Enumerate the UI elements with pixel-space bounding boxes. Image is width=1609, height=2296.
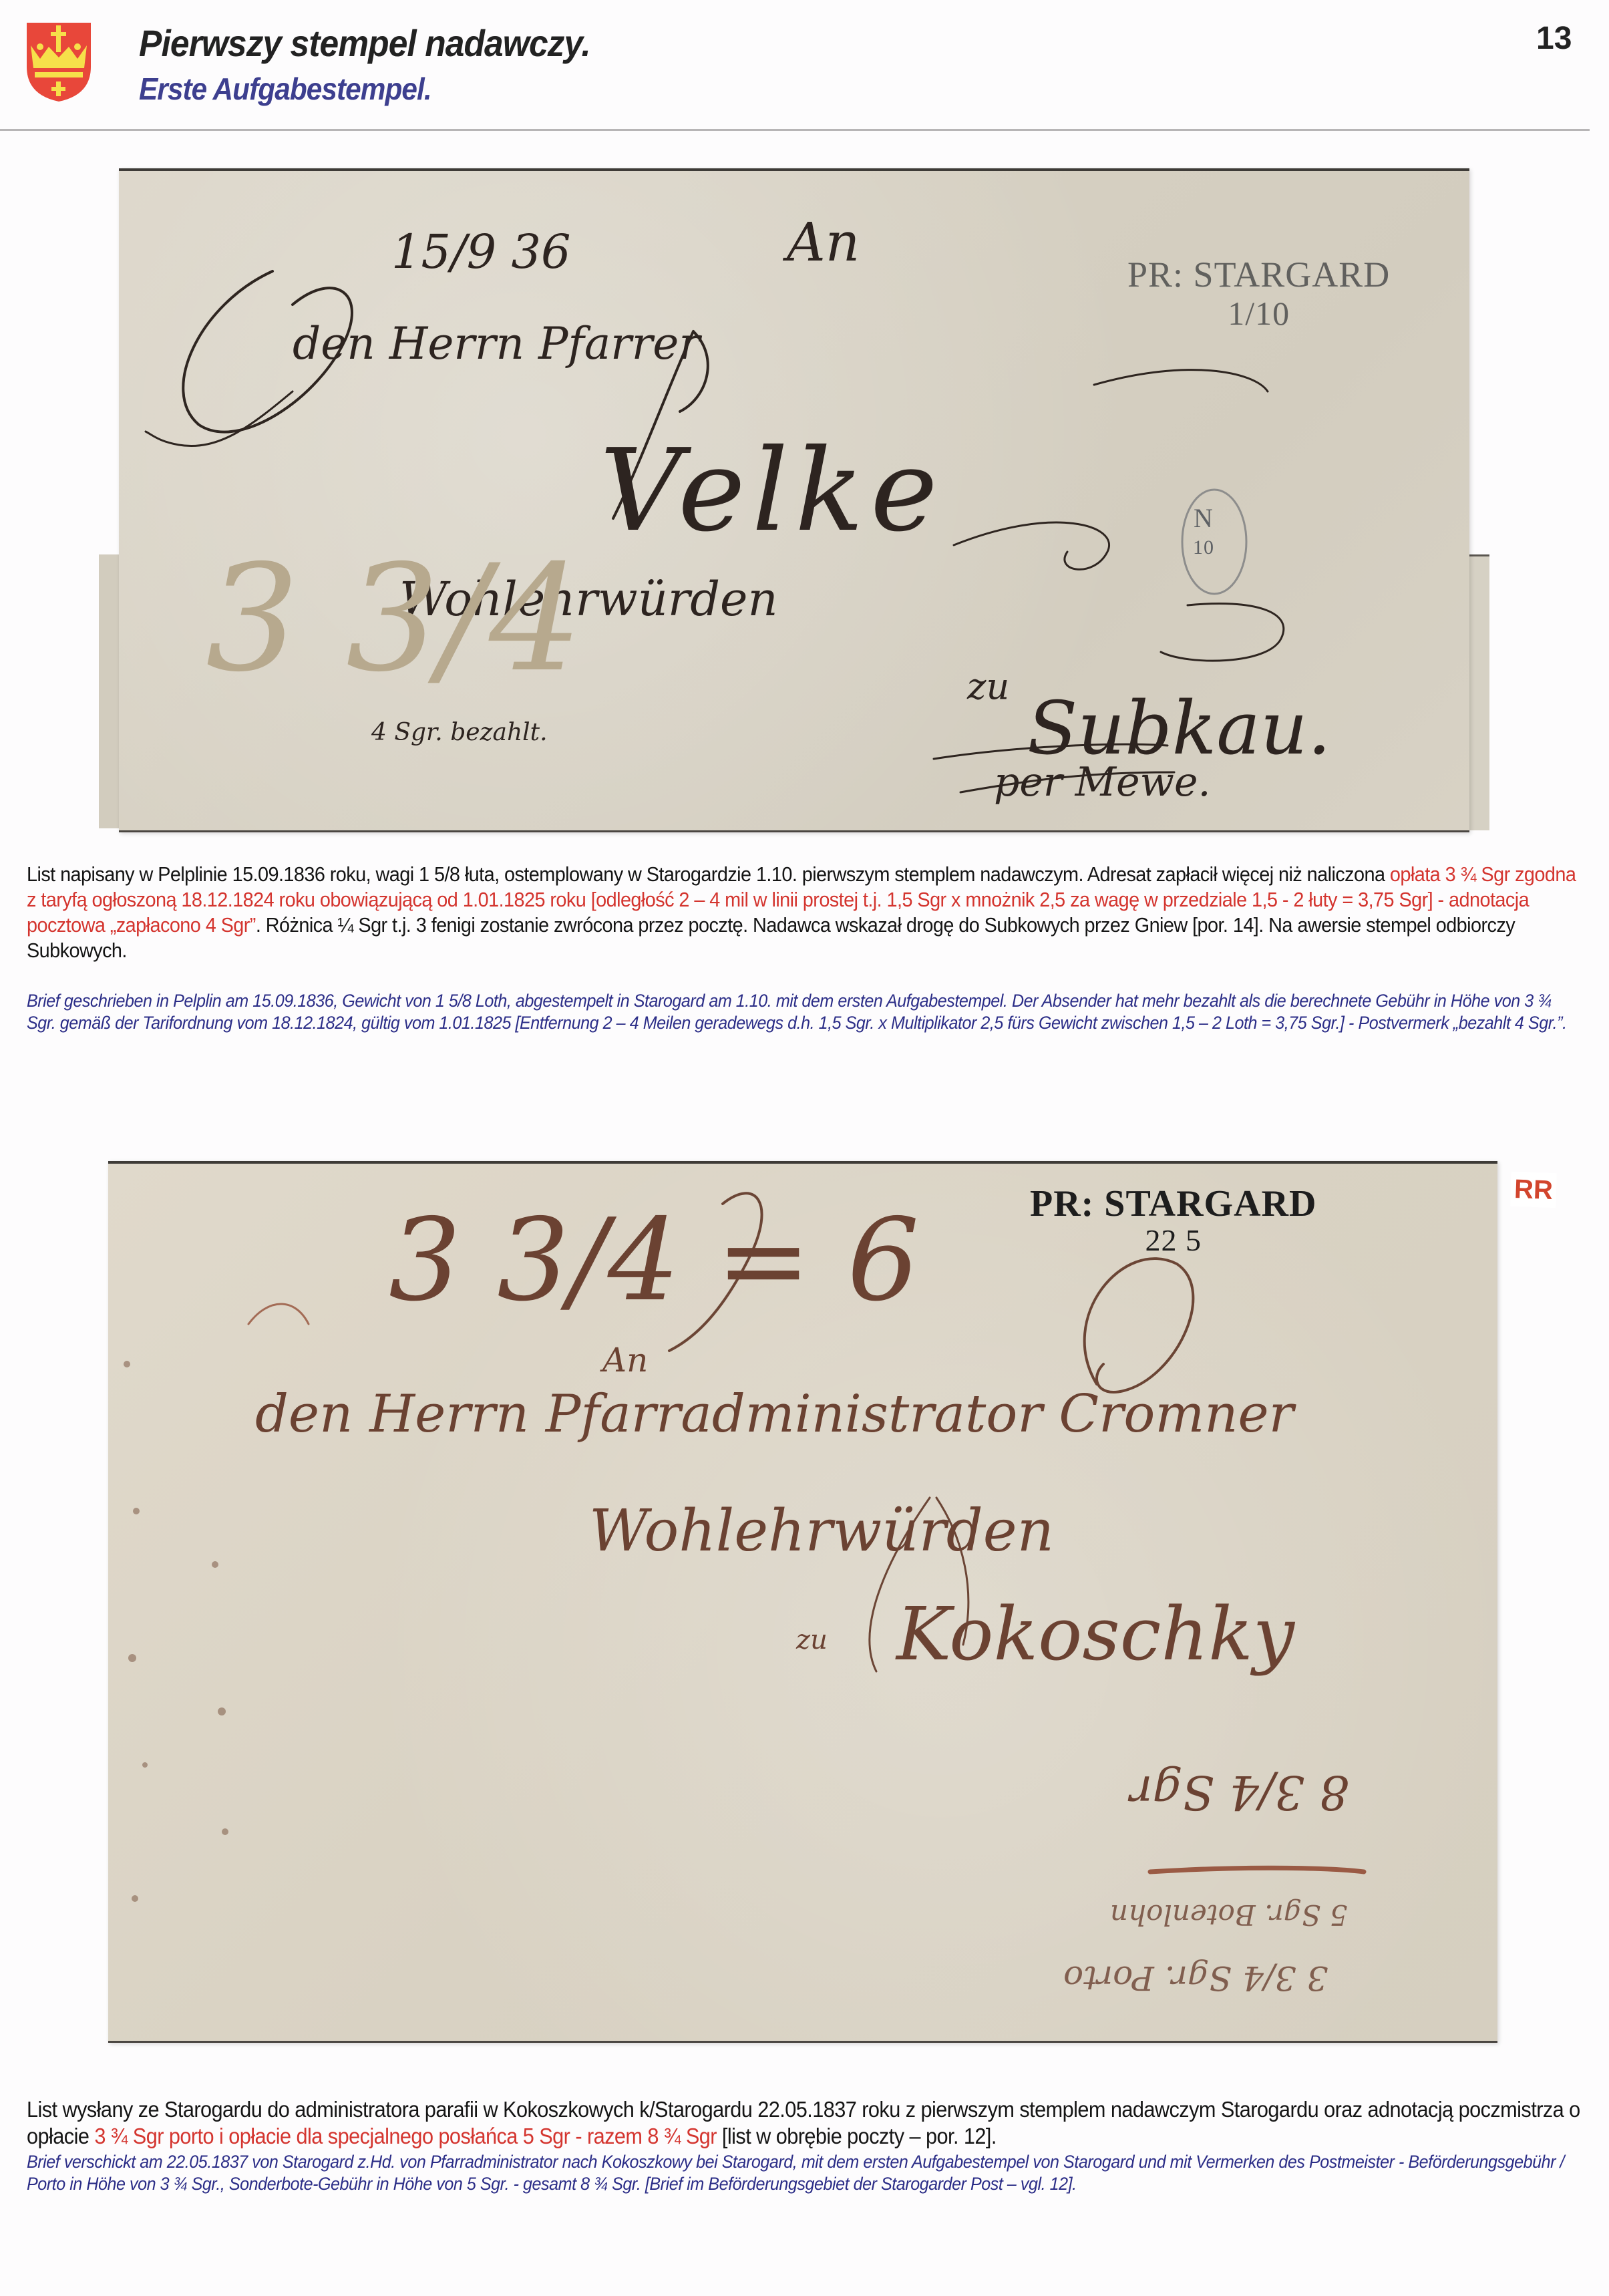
envelope-flap <box>99 554 120 828</box>
caption-highlight: 3 ¾ Sgr porto i opłacie dla specjalnego … <box>94 2124 717 2148</box>
postmark-date: 1/10 <box>1127 297 1390 330</box>
postmark-stargard: PR: STARGARD 22 5 <box>1030 1185 1316 1256</box>
handwritten-address-an: An <box>602 1341 648 1379</box>
rarity-badge: RR <box>1510 1172 1557 1208</box>
handwritten-address-line: den Herrn Pfarradministrator Cromner <box>255 1384 1294 1444</box>
handwritten-address-an: An <box>787 211 860 273</box>
handwritten-rate-mark: 3 3/4 = 6 <box>389 1204 919 1317</box>
handwritten-destination: Subkau. <box>1027 685 1331 771</box>
postmark-town: PR: STARGARD <box>1030 1183 1316 1224</box>
handwritten-destination: Kokoschky <box>896 1591 1294 1677</box>
handwritten-address-line: den Herrn Pfarrer <box>293 318 700 369</box>
starogard-coat-of-arms-icon <box>25 20 92 100</box>
postmark-date: 22 5 <box>1030 1225 1316 1256</box>
caption-text: [list w obrębie poczty – por. 12]. <box>717 2124 997 2148</box>
arrival-mark-letter: N <box>1194 503 1214 533</box>
handwritten-zu: zu <box>796 1625 828 1655</box>
handwritten-rate-mark: 3 3/4 <box>206 545 582 692</box>
handwritten-date: 15/9 36 <box>391 224 571 279</box>
page-title: Pierwszy stempel nadawczy. <box>139 21 590 65</box>
handwritten-total-note: 8 3/4 Sgr <box>1130 1765 1349 1820</box>
handwritten-upside-down-note: 5 Sgr. Botenlohn <box>1110 1899 1348 1931</box>
handwritten-honorific: Wohlehrwürden <box>589 1498 1054 1565</box>
letter-1-cover: 15/9 36 An den Herrn Pfarrer Velke Wohle… <box>119 168 1469 832</box>
letter-2-cover: 3 3/4 = 6 An den Herrn Pfarradministrato… <box>108 1161 1497 2043</box>
arrival-postmark: N 10 <box>1193 505 1214 558</box>
postmark-town: PR: STARGARD <box>1127 255 1390 295</box>
caption-text: List napisany w Pelplinie 15.09.1836 rok… <box>27 862 1390 886</box>
handwritten-paid-note: 4 Sgr. bezahlt. <box>371 719 548 746</box>
caption-letter-1-polish: List napisany w Pelplinie 15.09.1836 rok… <box>27 862 1583 963</box>
header-divider <box>0 129 1590 131</box>
caption-letter-1-german: Brief geschrieben in Pelplin am 15.09.18… <box>27 990 1583 1034</box>
handwritten-route: per Mewe. <box>994 759 1211 806</box>
handwritten-zu: zu <box>967 665 1009 707</box>
page-subtitle: Erste Aufgabestempel. <box>139 71 431 107</box>
envelope-flap <box>1469 554 1489 830</box>
postmark-stargard: PR: STARGARD 1/10 <box>1127 257 1390 330</box>
handwritten-recipient-name: Velke <box>600 425 944 557</box>
caption-letter-2-polish: List wysłany ze Starogardu do administra… <box>27 2096 1583 2150</box>
handwritten-upside-down-note: 3 3/4 Sgr. Porto <box>1063 1959 1328 1997</box>
arrival-mark-date: 10 <box>1193 536 1214 558</box>
caption-letter-2-german: Brief verschickt am 22.05.1837 von Staro… <box>27 2151 1583 2195</box>
page-number: 13 <box>1536 20 1572 57</box>
